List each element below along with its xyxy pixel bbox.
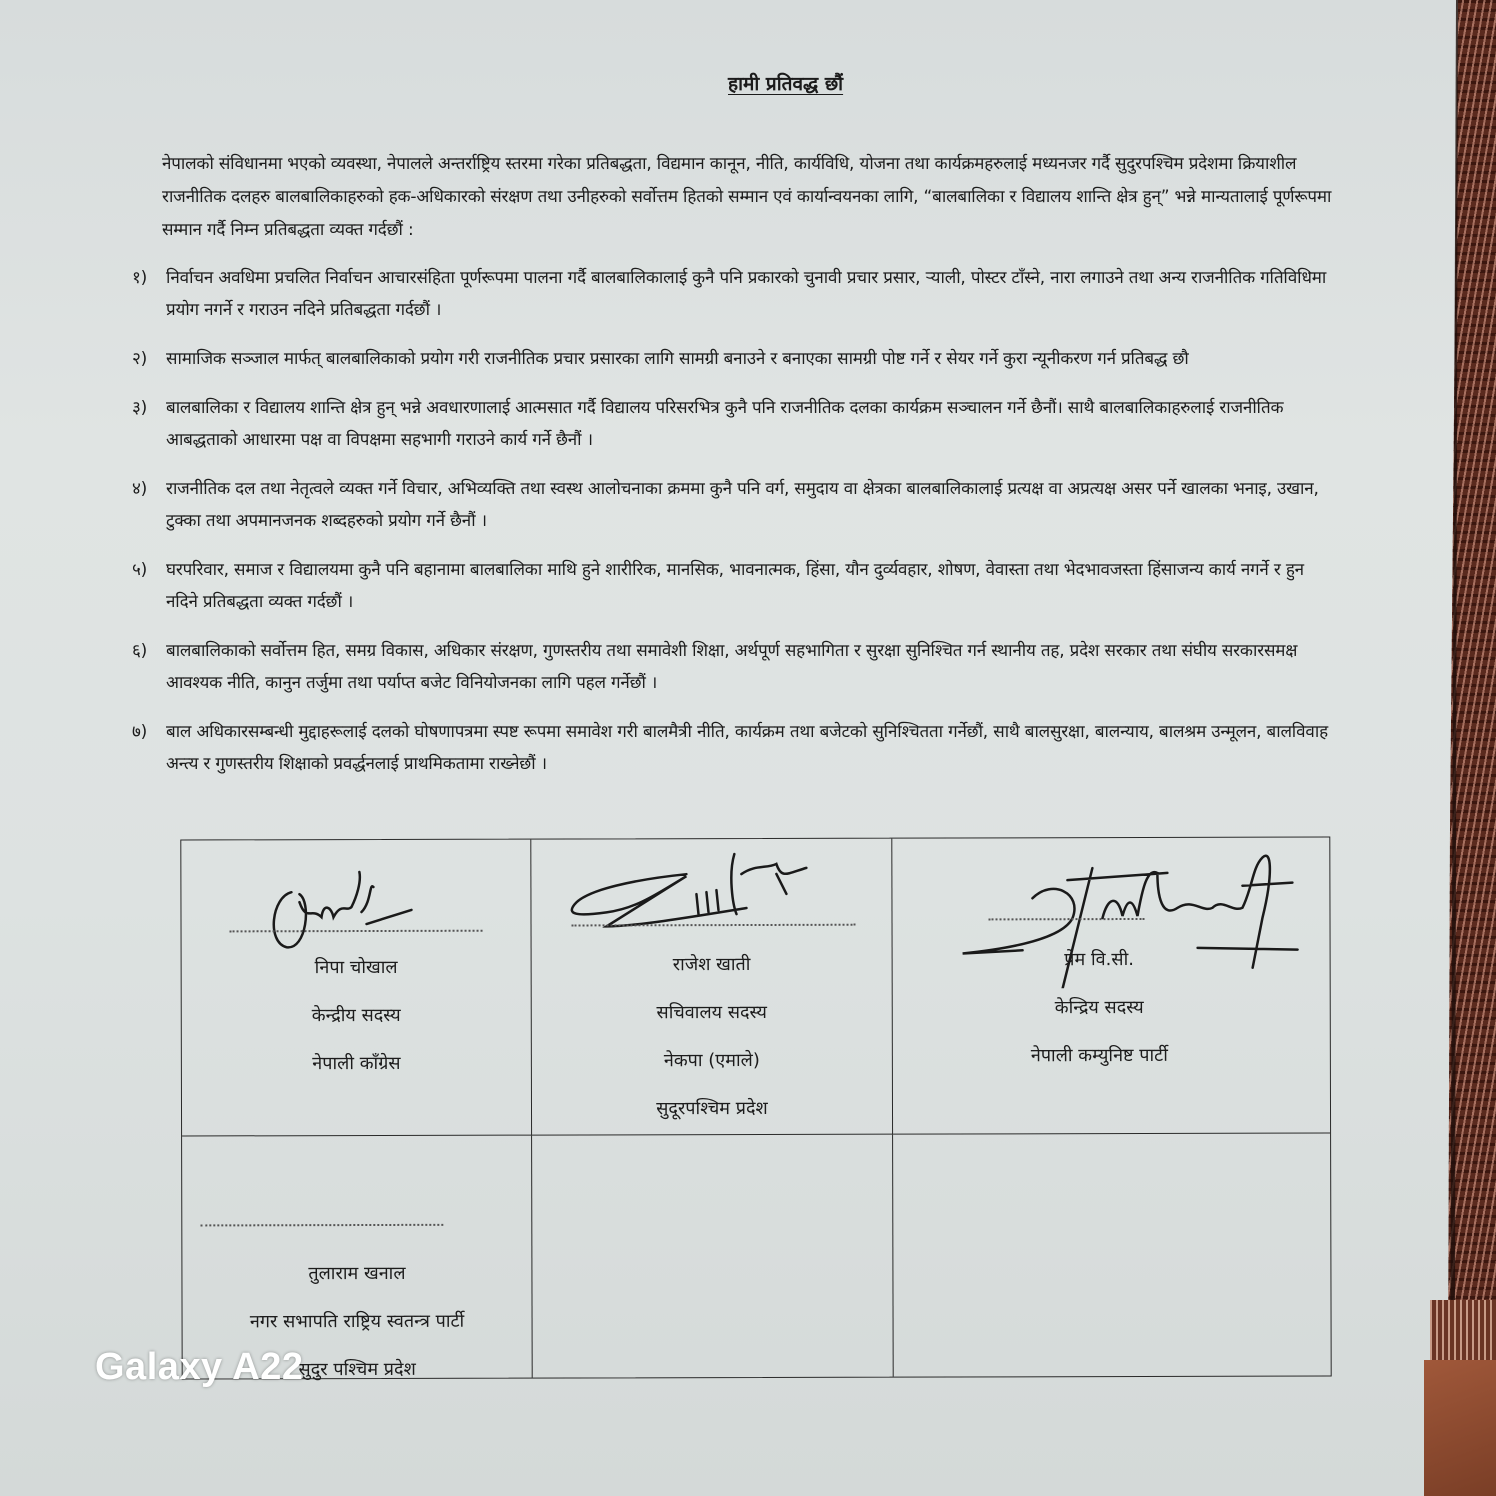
item-number: ३): [132, 392, 166, 456]
commitment-item: ३) बालबालिका र विद्यालय शान्ति क्षेत्र ह…: [132, 392, 1332, 456]
signatory-role: केन्द्रिय सदस्य: [871, 984, 1328, 1033]
signature-line: [572, 924, 856, 927]
item-number: ६): [132, 635, 166, 699]
camera-watermark: Galaxy A22: [95, 1346, 304, 1389]
signatory-party: नेकपा (एमाले): [532, 1037, 892, 1086]
commitment-item: २) सामाजिक सञ्जाल मार्फत् बालबालिकाको प्…: [132, 343, 1332, 375]
handwritten-signature-icon: [546, 834, 846, 945]
item-number: ७): [132, 716, 166, 780]
signatory-role: नगर सभापति राष्ट्रिय स्वतन्त्र पार्टी: [182, 1298, 531, 1347]
item-text: राजनीतिक दल तथा नेतृत्वले व्यक्त गर्ने व…: [166, 473, 1332, 537]
signatory-party: नेपाली काँग्रेस: [182, 1040, 531, 1089]
item-text: सामाजिक सञ्जाल मार्फत् बालबालिकाको प्रयो…: [166, 343, 1332, 375]
signature-line: [200, 1224, 443, 1227]
item-text: घरपरिवार, समाज र विद्यालयमा कुनै पनि बहा…: [166, 554, 1332, 618]
intro-paragraph: नेपालको संविधानमा भएको व्यवस्था, नेपालले…: [162, 148, 1342, 247]
commitment-item: ७) बाल अधिकारसम्बन्धी मुद्दाहरूलाई दलको …: [132, 716, 1332, 780]
signatory-region: सुदूरपश्चिम प्रदेश: [532, 1085, 892, 1134]
item-number: २): [132, 343, 166, 375]
signature-line: [230, 930, 483, 933]
signature-cell-1: निपा चोखाल केन्द्रीय सदस्य नेपाली काँग्र…: [181, 840, 532, 1137]
commitment-item: ६) बालबालिकाको सर्वोत्तम हित, समग्र विका…: [132, 635, 1332, 699]
item-number: १): [132, 262, 166, 326]
signature-line: [989, 918, 1145, 920]
signatory-name: तुलाराम खनाल: [182, 1250, 531, 1299]
item-text: बालबालिकाको सर्वोत्तम हित, समग्र विकास, …: [166, 635, 1332, 699]
item-text: बाल अधिकारसम्बन्धी मुद्दाहरूलाई दलको घोष…: [166, 716, 1332, 780]
document-title: हामी प्रतिवद्ध छौं: [728, 70, 843, 96]
empty-signature-cell: [532, 1135, 894, 1378]
wooden-table: [1424, 1360, 1496, 1496]
placemat-fringe: [1430, 1300, 1496, 1366]
commitment-item: ५) घरपरिवार, समाज र विद्यालयमा कुनै पनि …: [132, 554, 1332, 618]
handwritten-signature-icon: [261, 862, 431, 952]
item-text: बालबालिका र विद्यालय शान्ति क्षेत्र हुन्…: [166, 392, 1332, 456]
signatory-name: प्रेम वि.सी.: [871, 936, 1328, 985]
signature-cell-2: राजेश खाती सचिवालय सदस्य नेकपा (एमाले) स…: [531, 839, 893, 1136]
signatory-party: नेपाली कम्युनिष्ट पार्टी: [871, 1032, 1328, 1081]
signatory-name: राजेश खाती: [532, 941, 892, 990]
empty-signature-cell: [893, 1133, 1331, 1376]
commitment-item: १) निर्वाचन अवधिमा प्रचलित निर्वाचन आचार…: [132, 262, 1332, 326]
signature-table: निपा चोखाल केन्द्रीय सदस्य नेपाली काँग्र…: [180, 836, 1331, 1379]
signatory-role: केन्द्रीय सदस्य: [182, 992, 531, 1041]
commitment-list: १) निर्वाचन अवधिमा प्रचलित निर्वाचन आचार…: [132, 262, 1332, 797]
item-number: ४): [132, 473, 166, 537]
signature-cell-3: प्रेम वि.सी. केन्द्रिय सदस्य नेपाली कम्य…: [892, 837, 1330, 1134]
commitment-item: ४) राजनीतिक दल तथा नेतृत्वले व्यक्त गर्न…: [132, 473, 1332, 537]
item-number: ५): [132, 554, 166, 618]
signatory-role: सचिवालय सदस्य: [532, 989, 892, 1038]
signature-cell-4: तुलाराम खनाल नगर सभापति राष्ट्रिय स्वतन्…: [182, 1136, 533, 1379]
item-text: निर्वाचन अवधिमा प्रचलित निर्वाचन आचारसंह…: [166, 262, 1332, 326]
signatory-name: निपा चोखाल: [182, 944, 531, 993]
